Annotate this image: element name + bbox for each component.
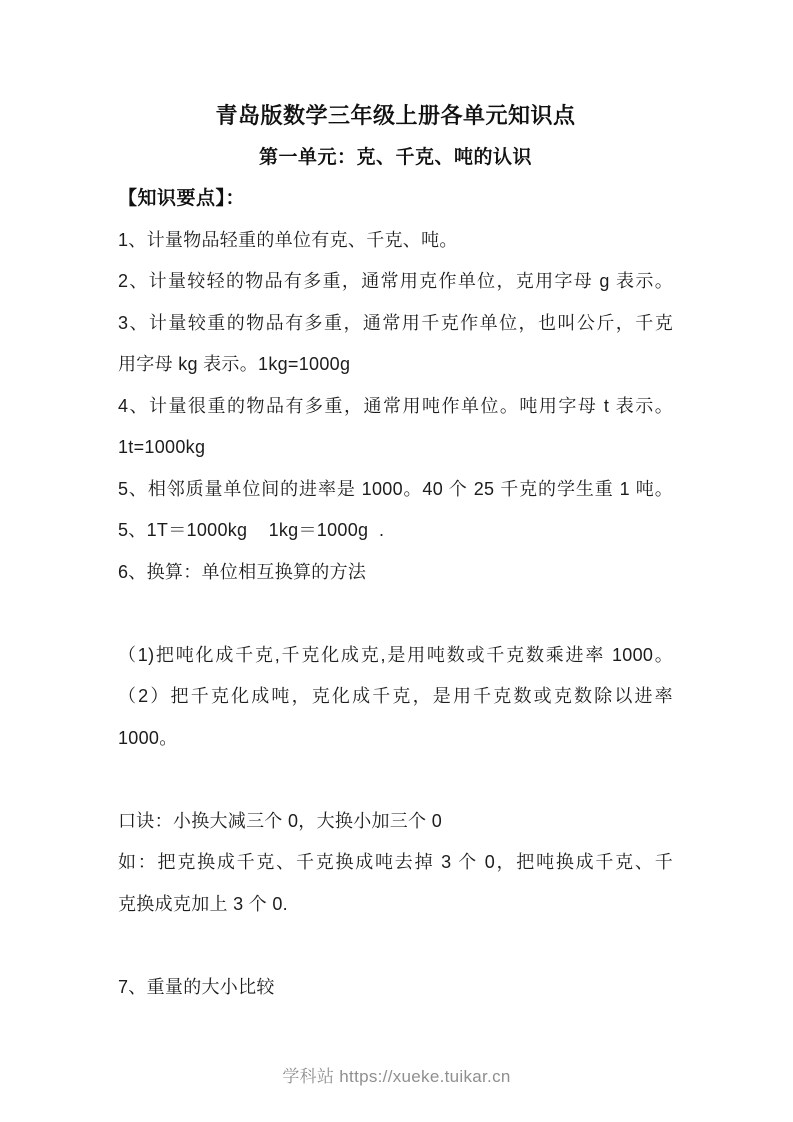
body-line-12: 1000。 — [118, 718, 673, 760]
body-line-8: 5、1T＝1000kg 1kg＝1000g . — [118, 510, 673, 552]
document-body: 青岛版数学三年级上册各单元知识点 第一单元：克、千克、吨的认识 【知识要点】： … — [118, 95, 673, 1008]
document-title: 青岛版数学三年级上册各单元知识点 — [118, 95, 673, 137]
body-line-9: 6、换算：单位相互换算的方法 — [118, 552, 673, 594]
body-line-1: 1、计量物品轻重的单位有克、千克、吨。 — [118, 220, 673, 262]
body-line-15: 克换成克加上 3 个 0. — [118, 884, 673, 926]
body-line-4: 用字母 kg 表示。1kg=1000g — [118, 344, 673, 386]
document-page: 青岛版数学三年级上册各单元知识点 第一单元：克、千克、吨的认识 【知识要点】： … — [0, 0, 793, 1122]
body-line-2: 2、计量较轻的物品有多重，通常用克作单位，克用字母 g 表示。 — [118, 261, 673, 303]
body-line-7: 5、相邻质量单位间的进率是 1000。40 个 25 千克的学生重 1 吨。 — [118, 469, 673, 511]
body-line-3: 3、计量较重的物品有多重，通常用千克作单位，也叫公斤，千克 — [118, 303, 673, 345]
footer-watermark: 学科站 https://xueke.tuikar.cn — [0, 1062, 793, 1092]
body-line-13: 口诀：小换大减三个 0，大换小加三个 0 — [118, 801, 673, 843]
body-line-14: 如：把克换成千克、千克换成吨去掉 3 个 0，把吨换成千克、千 — [118, 842, 673, 884]
body-line-5: 4、计量很重的物品有多重，通常用吨作单位。吨用字母 t 表示。 — [118, 386, 673, 428]
knowledge-points-heading: 【知识要点】： — [118, 178, 673, 220]
body-line-10: （1)把吨化成千克,千克化成克,是用吨数或千克数乘进率 1000。 — [118, 635, 673, 677]
body-line-11: （2）把千克化成吨，克化成千克，是用千克数或克数除以进率 — [118, 676, 673, 718]
body-line-16: 7、重量的大小比较 — [118, 967, 673, 1009]
unit-subtitle: 第一单元：克、千克、吨的认识 — [118, 137, 673, 179]
body-line-6: 1t=1000kg — [118, 427, 673, 469]
